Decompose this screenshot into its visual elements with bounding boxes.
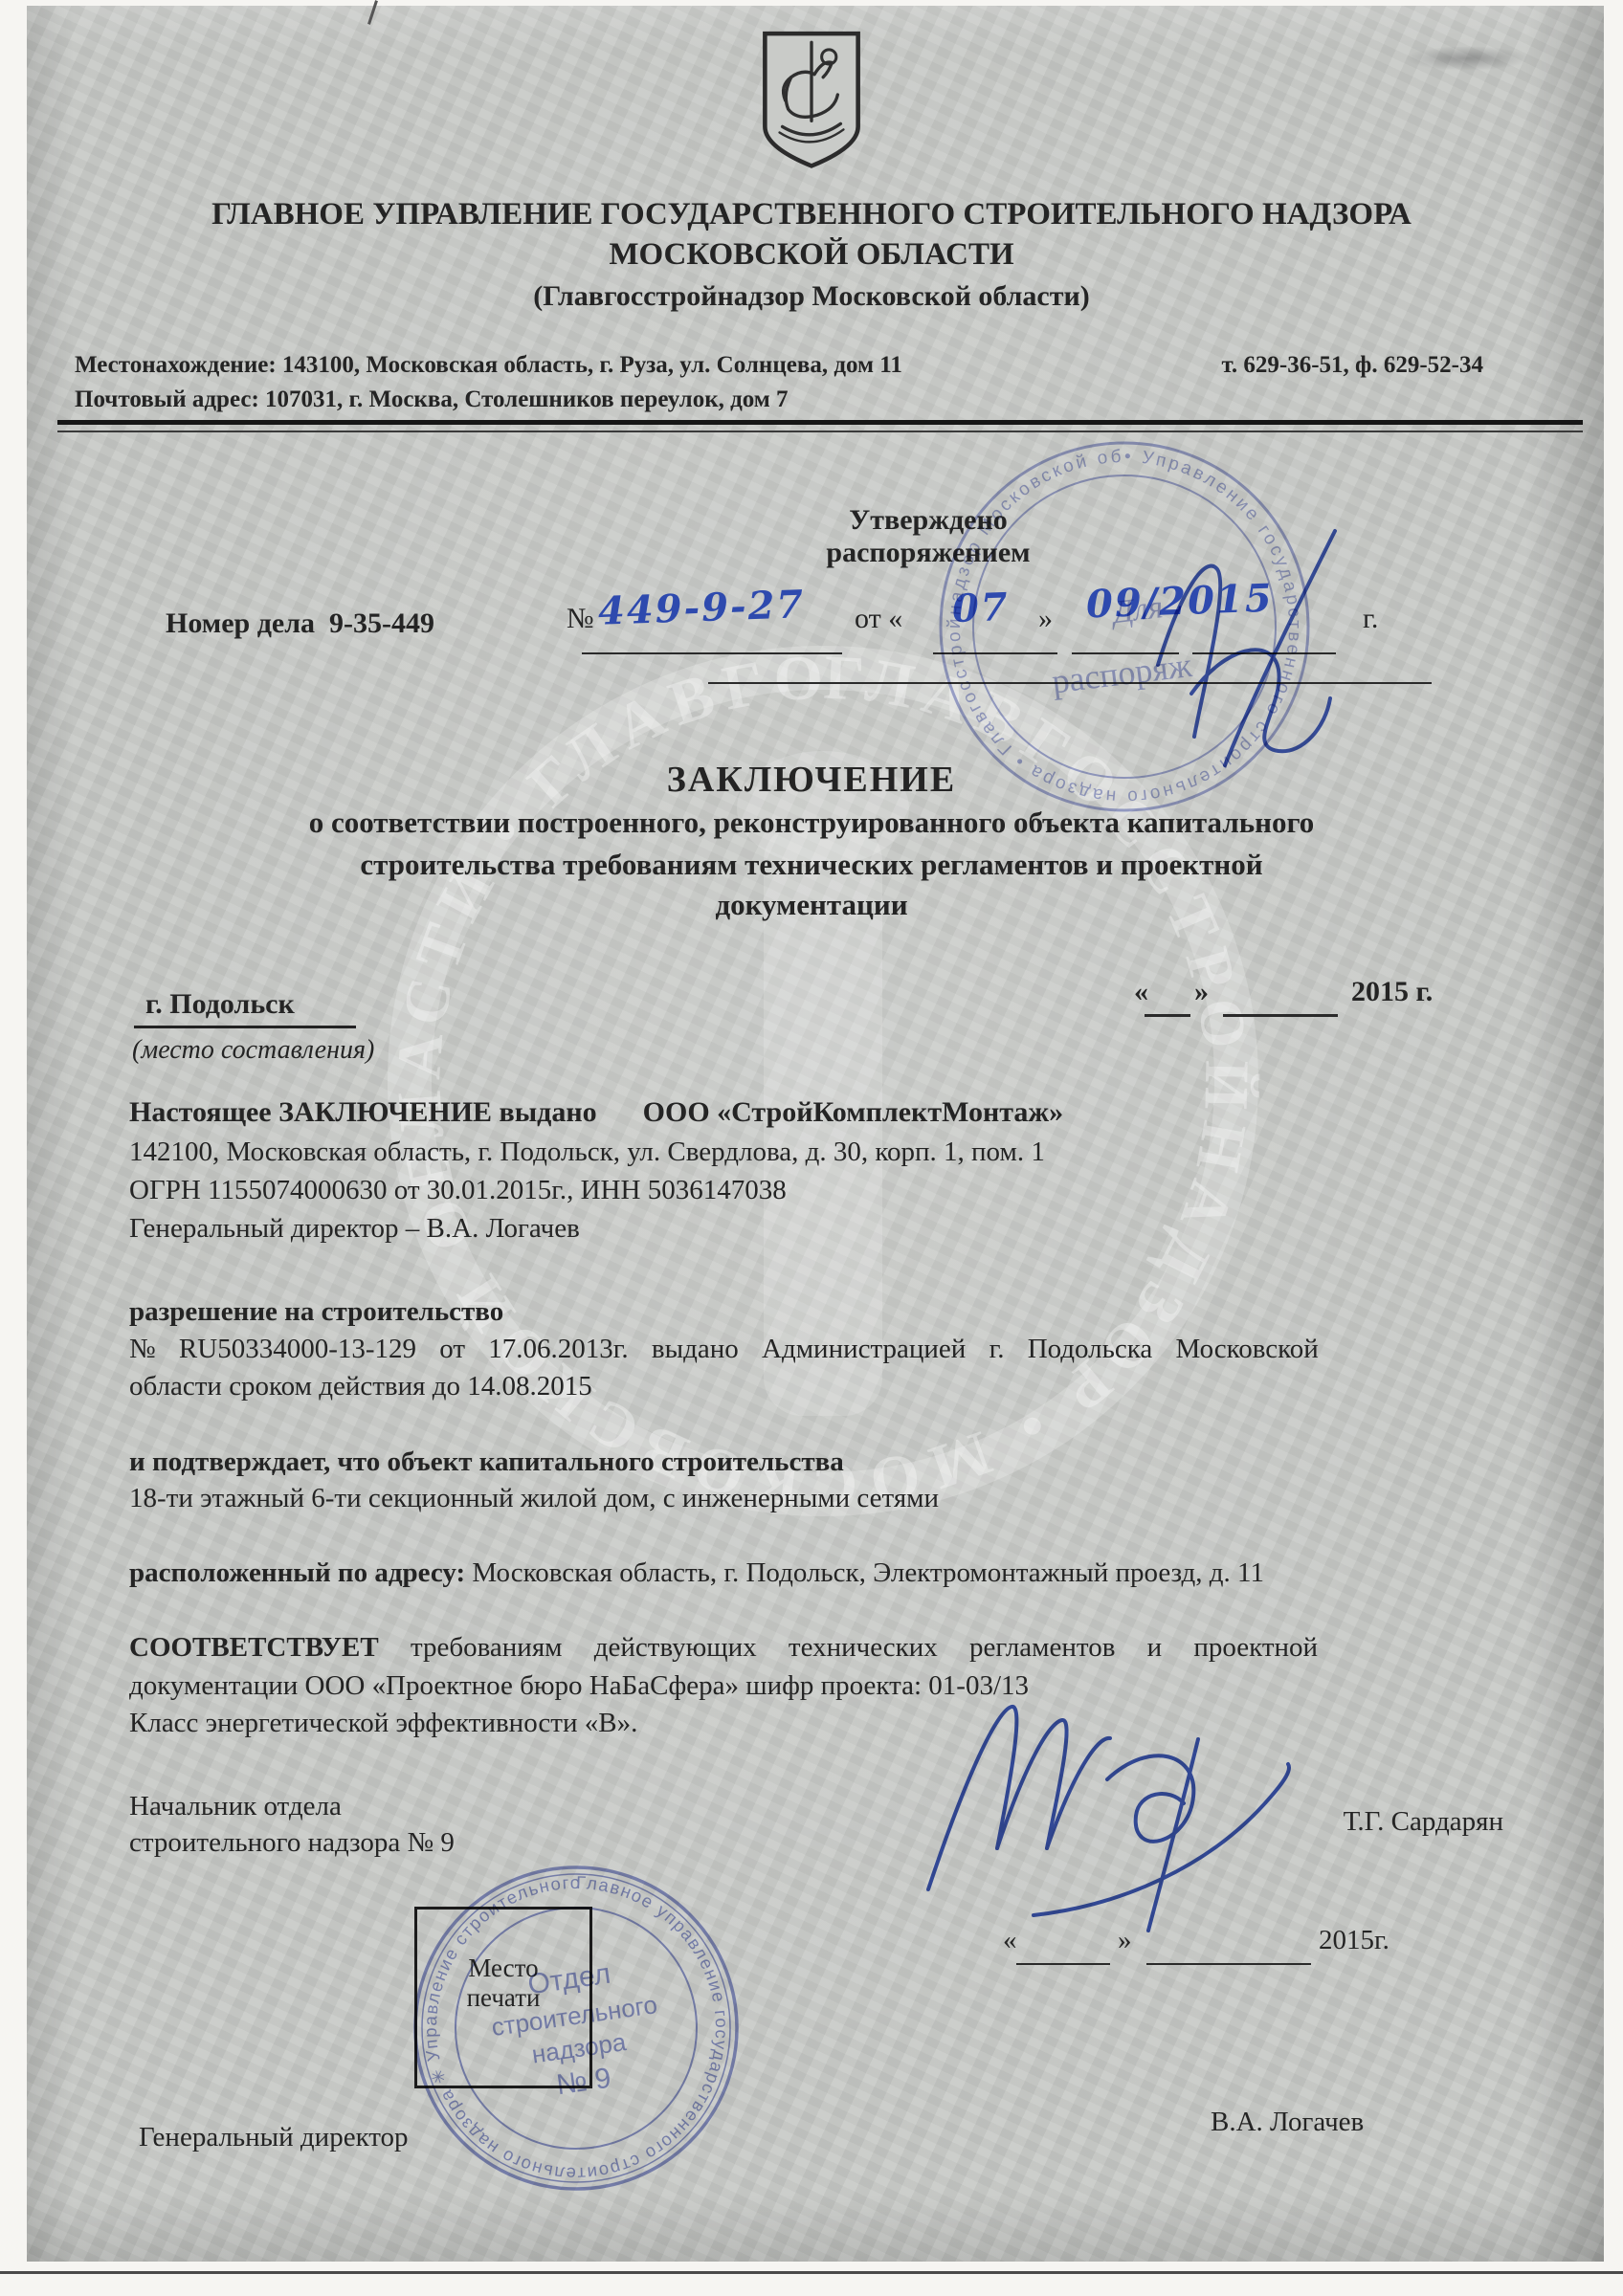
- permit-line1: № RU50334000-13-129 от 17.06.2013г. выда…: [129, 1334, 1319, 1365]
- place-city-underline: [134, 1026, 356, 1028]
- conformity-line1-rest: требованиям действующих технических регл…: [411, 1632, 1318, 1663]
- object-heading: и подтверждает, что объект капитального …: [129, 1446, 844, 1478]
- issued-director: Генеральный директор – В.А. Логачев: [129, 1213, 580, 1245]
- object-description: 18-ти этажный 6-ти секционный жилой дом,…: [129, 1483, 939, 1514]
- approval-ot-label: от «: [855, 603, 902, 635]
- header-rule-thin: [57, 430, 1583, 432]
- date-day-blank: [1145, 1014, 1190, 1017]
- approval-number-handwritten: 449-9-27: [597, 582, 806, 634]
- place-city: г. Подольск: [145, 988, 295, 1021]
- issued-ogrn-inn: ОГРН 1155074000630 от 30.01.2015г., ИНН …: [129, 1175, 787, 1206]
- bottom-date-open-quote: «: [1003, 1925, 1017, 1956]
- issued-company: ООО «СтройКомплектМонтаж»: [643, 1096, 1063, 1128]
- permit-heading: разрешение на строительство: [129, 1296, 503, 1328]
- approval-signature: [1091, 521, 1407, 789]
- case-number-value: 9-35-449: [329, 607, 434, 639]
- approval-number-blank: [582, 652, 842, 654]
- svg-text:№ 9: № 9: [554, 2063, 612, 2102]
- org-name-line1: ГЛАВНОЕ УПРАВЛЕНИЕ ГОСУДАРСТВЕННОГО СТРО…: [0, 197, 1623, 232]
- org-location-line: Местонахождение: 143100, Московская обла…: [75, 352, 902, 379]
- object-address-value: Московская область, г. Подольск, Электро…: [472, 1557, 1264, 1588]
- signer-signature: [890, 1684, 1340, 1961]
- signer-name: Т.Г. Сардарян: [1344, 1806, 1503, 1838]
- object-address-line: расположенный по адресу: Московская обла…: [129, 1557, 1264, 1589]
- org-postal-line: Почтовый адрес: 107031, г. Москва, Столе…: [75, 386, 789, 413]
- bottom-date-year: 2015г.: [1319, 1925, 1390, 1956]
- date-year: 2015 г.: [1351, 976, 1433, 1008]
- issued-line: Настоящее ЗАКЛЮЧЕНИЕ выданоООО «СтройКом…: [129, 1096, 1063, 1129]
- header-rule-thick: [57, 420, 1583, 425]
- conformity-line1: СООТВЕТСТВУЕТ требованиям действующих те…: [129, 1632, 1318, 1664]
- doc-subtitle-line1: о соответствии построенного, реконструир…: [0, 806, 1623, 840]
- case-number-line: Номер дела 9-35-449: [166, 607, 434, 640]
- bottom-date-close-quote: »: [1118, 1925, 1132, 1956]
- footer-director-name: В.А. Логачев: [1211, 2107, 1364, 2138]
- issued-lead: Настоящее ЗАКЛЮЧЕНИЕ выдано: [129, 1096, 597, 1128]
- approval-number-sign: №: [567, 603, 594, 634]
- bottom-date-month-blank: [1146, 1963, 1311, 1965]
- case-number-label: Номер дела: [166, 607, 315, 639]
- coat-of-arms-icon: [739, 25, 884, 170]
- org-name-line2: МОСКОВСКОЙ ОБЛАСТИ: [0, 237, 1623, 273]
- approval-number-line: №: [567, 603, 594, 635]
- footer-director-title: Генеральный директор: [139, 2122, 409, 2153]
- doc-subtitle-line2: строительства требованиям технических ре…: [0, 848, 1623, 882]
- scanned-document-page: ГЛАВГОССТРОЙНАДЗОР • МОСКОВСКОЙ ОБЛАСТИ …: [0, 0, 1623, 2296]
- date-close-quote: »: [1194, 976, 1209, 1008]
- date-month-blank: [1223, 1014, 1338, 1017]
- conformity-line3: Класс энергетической эффективности «В».: [129, 1708, 637, 1739]
- org-phone-line: т. 629-36-51, ф. 629-52-34: [1222, 352, 1484, 379]
- doc-subtitle-line3: документации: [0, 888, 1623, 922]
- object-address-label: расположенный по адресу:: [129, 1557, 465, 1588]
- date-open-quote: «: [1134, 976, 1148, 1008]
- place-note: (место составления): [132, 1035, 374, 1066]
- svg-text:Отдел: Отдел: [526, 1958, 613, 2001]
- conformity-verdict: СООТВЕТСТВУЕТ: [129, 1632, 379, 1663]
- bottom-date-day-blank: [1016, 1963, 1110, 1965]
- doc-title: ЗАКЛЮЧЕНИЕ: [0, 759, 1623, 801]
- signer-title-line1: Начальник отдела: [129, 1791, 342, 1822]
- department-round-stamp: Главное управление государственного стро…: [394, 1844, 758, 2208]
- issued-address: 142100, Московская область, г. Подольск,…: [129, 1137, 1045, 1168]
- org-short-name: (Главгосстройнадзор Московской области): [0, 280, 1623, 313]
- permit-line2: области сроком действия до 14.08.2015: [129, 1371, 592, 1402]
